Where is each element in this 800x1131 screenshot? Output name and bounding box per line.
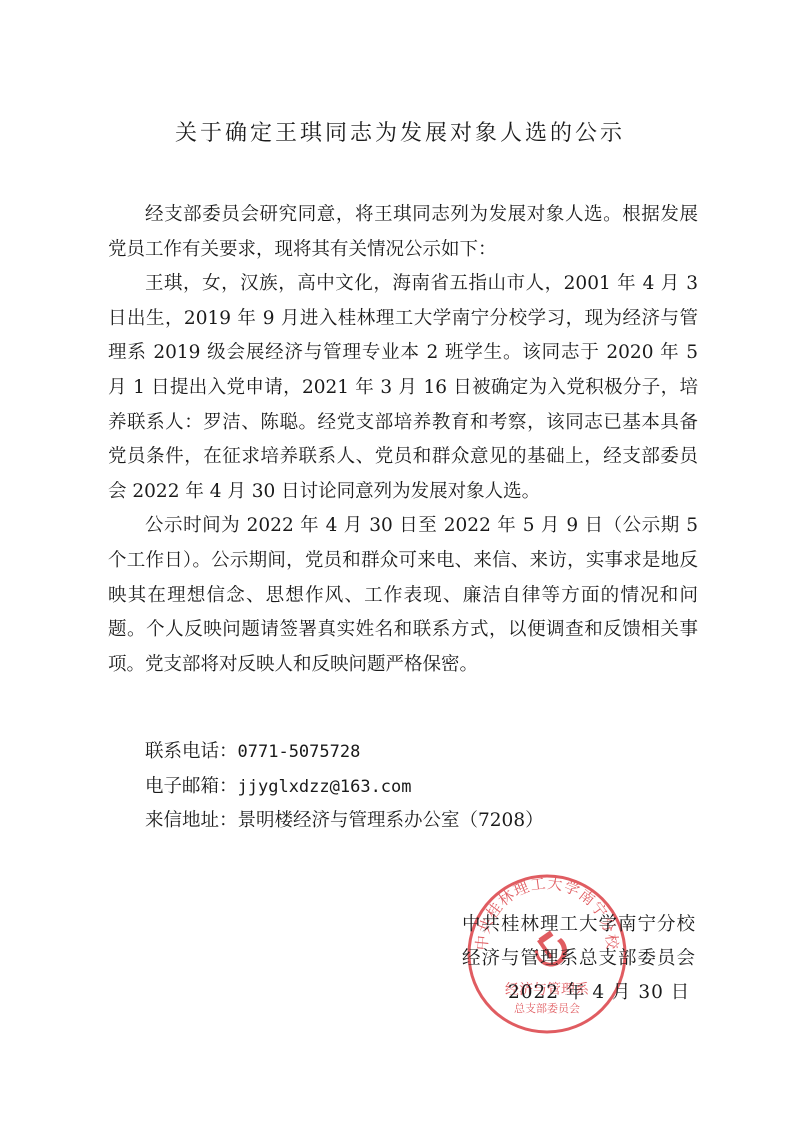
paragraph-publicity-period: 公示时间为 2022 年 4 月 30 日至 2022 年 5 月 9 日（公示… xyxy=(108,509,698,682)
email-label: 电子邮箱： xyxy=(145,776,238,797)
signature-org-line1: 中共桂林理工大学南宁分校 xyxy=(462,908,702,942)
paragraph-intro: 经支部委员会研究同意，将王琪同志列为发展对象人选。根据发展党员工作有关要求，现将… xyxy=(108,198,698,267)
phone-value: 0771-5075728 xyxy=(238,742,361,762)
contact-address: 来信地址：景明楼经济与管理系办公室（7208） xyxy=(145,804,544,839)
contact-block: 联系电话：0771-5075728 电子邮箱：jjyglxdzz@163.com… xyxy=(145,735,544,839)
contact-email: 电子邮箱：jjyglxdzz@163.com xyxy=(145,770,544,805)
signature-org-line2: 经济与管理系总支部委员会 xyxy=(462,942,702,976)
signature-date: 2022 年 4 月 30 日 xyxy=(462,976,702,1010)
contact-phone: 联系电话：0771-5075728 xyxy=(145,735,544,770)
address-value: 景明楼经济与管理系办公室（7208） xyxy=(238,810,544,831)
phone-label: 联系电话： xyxy=(145,741,238,762)
signature-block: 中共桂林理工大学南宁分校 经济与管理系总支部委员会 2022 年 4 月 30 … xyxy=(462,908,702,1010)
email-value: jjyglxdzz@163.com xyxy=(238,777,412,797)
address-label: 来信地址： xyxy=(145,810,238,831)
document-title: 关于确定王琪同志为发展对象人选的公示 xyxy=(0,116,800,147)
paragraph-candidate-info: 王琪，女，汉族，高中文化，海南省五指山市人，2001 年 4 月 3 日出生，2… xyxy=(108,267,698,509)
document-body: 经支部委员会研究同意，将王琪同志列为发展对象人选。根据发展党员工作有关要求，现将… xyxy=(108,198,698,682)
